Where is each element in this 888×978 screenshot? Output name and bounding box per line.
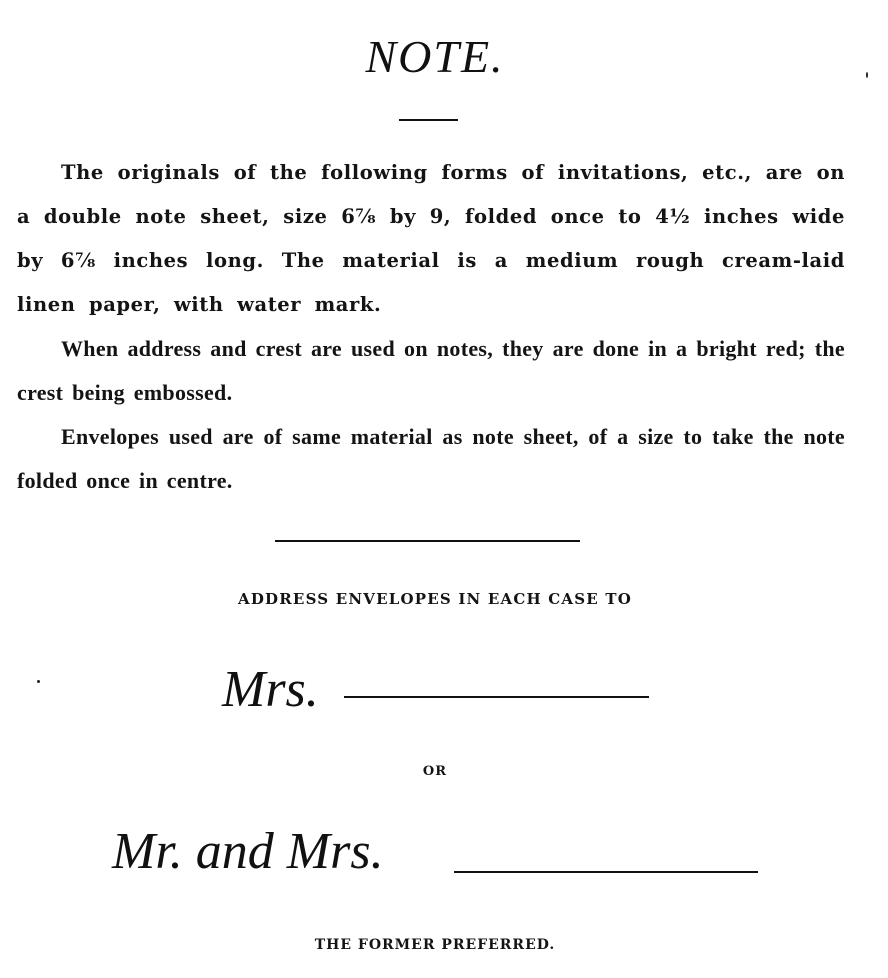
blank-line-mr-and-mrs: [454, 871, 758, 873]
address-heading: ADDRESS ENVELOPES IN EACH CASE TO: [0, 590, 870, 608]
title-divider: [399, 119, 458, 121]
or-separator: OR: [0, 764, 870, 779]
blank-line-mrs: [344, 696, 649, 698]
paragraph-materials: The originals of the following forms of …: [17, 151, 845, 327]
paragraph-text: The originals of the following forms of …: [17, 161, 845, 316]
section-divider: [275, 540, 580, 542]
print-speck: [866, 72, 868, 78]
print-speck: [37, 680, 40, 683]
footer-note: THE FORMER PREFERRED.: [0, 937, 870, 953]
paragraph-address-crest: When address and crest are used on notes…: [17, 327, 845, 415]
paragraph-text: When address and crest are used on notes…: [17, 336, 845, 405]
salutation-mr-and-mrs: Mr. and Mrs.: [112, 822, 384, 881]
paragraph-envelopes: Envelopes used are of same material as n…: [17, 415, 845, 503]
paragraph-text: Envelopes used are of same material as n…: [17, 424, 845, 493]
page-title: NOTE.: [0, 30, 870, 83]
salutation-mrs: Mrs.: [222, 660, 319, 719]
